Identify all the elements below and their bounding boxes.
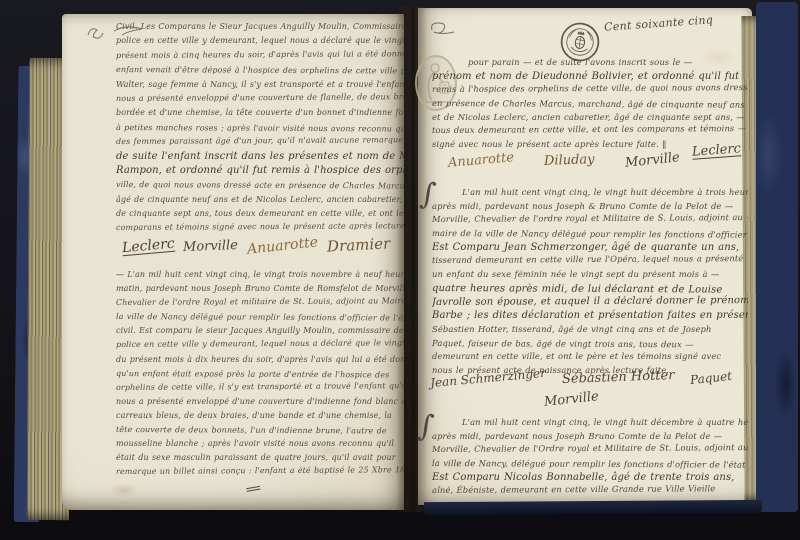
manuscript-line: pour parain — et de suite l'avons inscri… <box>432 56 748 70</box>
signature: Leclerc <box>121 236 175 257</box>
manuscript-line: remis à l'hospice des orphelins de cette… <box>432 81 748 97</box>
right-page-paragraph-1: pour parain — et de suite l'avons inscri… <box>432 56 748 152</box>
manuscript-line: de suite l'enfant inscrit dans les prése… <box>116 150 404 164</box>
left-page-signature-row: LeclercMorvilleAnuarotteDramier <box>122 236 390 254</box>
manuscript-line: Rampon, et ordonné qu'il fut remis à l'h… <box>116 164 404 178</box>
signature: Dramier <box>326 234 390 255</box>
photographed-register-book: Civil. Les Comparans le Sieur Jacques An… <box>0 0 800 540</box>
manuscript-line: Chevalier de l'ordre Royal et militaire … <box>116 294 404 310</box>
manuscript-line: L'an mil huit cent vingt cinq, le vingt … <box>432 416 748 430</box>
right-page-signature-row-1: AnuarotteDiludayMorville <box>448 153 679 168</box>
manuscript-line: nous a présenté enveloppé d'une couvertu… <box>116 395 404 409</box>
manuscript-line: Javrolle son épouse, et auquel il a décl… <box>432 294 748 310</box>
manuscript-line: tête couverte de deux bonnets, l'un d'in… <box>116 423 404 439</box>
manuscript-line: en présence de Charles Marcus, marchand,… <box>432 97 748 112</box>
right-page-signature-row-2: Jean SchmerzingerSébastien HotterPaquet <box>430 370 732 385</box>
manuscript-line: des femmes paraissant âgé d'un jour, qu'… <box>116 133 404 149</box>
manuscript-line: remarque un billet ainsi conçu : l'enfan… <box>116 464 404 480</box>
manuscript-line: L'an mil huit cent vingt cinq, le vingt … <box>432 186 748 200</box>
manuscript-line: orphelins de cette ville, il s'y est tra… <box>116 379 404 395</box>
manuscript-line: police en cette ville y demeurant, leque… <box>116 337 404 353</box>
pen-flourish-icon <box>424 20 458 38</box>
signature: Morville <box>624 150 680 171</box>
manuscript-line: tisserand demeurant en cette ville rue l… <box>432 253 748 269</box>
manuscript-line: — L'an mil huit cent vingt cinq, le ving… <box>116 268 404 282</box>
manuscript-line: un enfant du sexe féminin née le vingt s… <box>432 268 748 282</box>
left-page-paragraph-2: — L'an mil huit cent vingt cinq, le ving… <box>116 268 404 479</box>
manuscript-line: Civil. Les Comparans le Sieur Jacques An… <box>116 20 404 34</box>
manuscript-line: nous a présenté enveloppé d'une couvertu… <box>116 90 404 106</box>
manuscript-line: tous deux demeurant en cette ville, et o… <box>432 123 748 139</box>
manuscript-line: Barbe ; les dites déclaration et présent… <box>432 309 748 323</box>
signature: Anuarotte <box>447 150 514 171</box>
signature: Paquet <box>689 369 732 387</box>
manuscript-line: présent mois à cinq heures du soir, d'ap… <box>116 47 404 63</box>
book-cover-bottom-edge <box>424 500 762 515</box>
signature: Morville <box>183 238 238 255</box>
manuscript-line: demeurant en cette ville, et ont le père… <box>432 350 748 364</box>
manuscript-line: Sébastien Hotter, tisserand, âgé de ving… <box>432 323 748 337</box>
manuscript-line: Morville, Chevalier de l'Ordre royal et … <box>432 441 748 457</box>
manuscript-line: la ville de Nancy, délégué pour remplir … <box>432 457 748 472</box>
manuscript-line: bordée et d'une chemise, la tête couvert… <box>116 106 404 120</box>
closing-mark-icon: = <box>243 481 264 499</box>
signature: Sébastien Hotter <box>561 368 674 387</box>
manuscript-line: comparans et témoins signé avec nous le … <box>116 220 404 236</box>
signature: Diluday <box>544 152 595 169</box>
manuscript-line: maire de la ville de Nancy délégué pour … <box>432 227 748 242</box>
manuscript-line: Morville, Chevalier de l'ordre royal et … <box>432 211 748 227</box>
manuscript-line: âgé de cinquante neuf ans et de Nicolas … <box>116 193 404 207</box>
right-page-paragraph-3: L'an mil huit cent vingt cinq, le vingt … <box>432 416 748 498</box>
manuscript-line: mousseline blanche ; après l'avoir visit… <box>116 437 404 451</box>
manuscript-line: la ville de Nancy délégué pour remplir l… <box>116 310 404 326</box>
manuscript-line: aîné, Ébéniste, demeurant en cette ville… <box>432 483 748 499</box>
manuscript-line: enfant venait d'être déposé à l'hospice … <box>116 63 404 79</box>
book-cover-right <box>756 2 798 512</box>
left-page-paragraph-1: Civil. Les Comparans le Sieur Jacques An… <box>116 20 404 236</box>
manuscript-line: Paquet, faiseur de bas, âgé de vingt tro… <box>432 337 748 352</box>
manuscript-line: ville, de quoi nous avons dressé acte en… <box>116 178 404 194</box>
manuscript-line: carreaux bleus, de deux braies, d'une ba… <box>116 409 404 423</box>
manuscript-line: du présent mois à dix heures du soir, d'… <box>116 353 404 367</box>
right-page-paragraph-2: L'an mil huit cent vingt cinq, le vingt … <box>432 186 748 378</box>
